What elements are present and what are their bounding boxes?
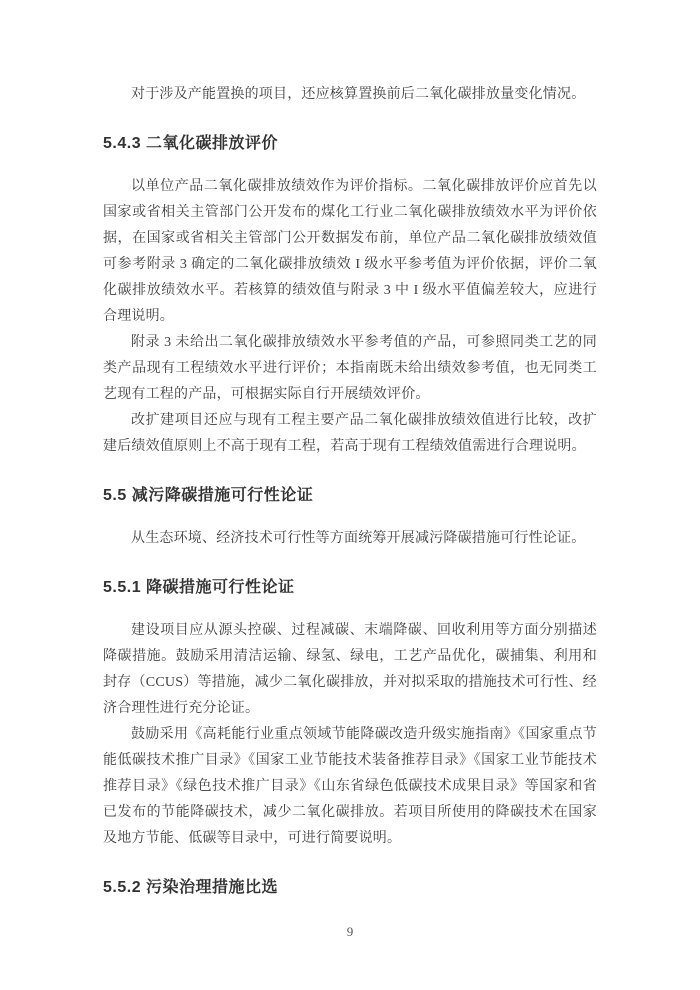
- paragraph-expansion-projects: 改扩建项目还应与现有工程主要产品二氧化碳排放绩效值进行比较，改扩建后绩效值原则上…: [103, 408, 597, 460]
- heading-5-5-2: 5.5.2 污染治理措施比选: [103, 876, 597, 900]
- heading-5-5: 5.5 减污降碳措施可行性论证: [103, 484, 597, 508]
- paragraph-encouraged-catalogues: 鼓励采用《高耗能行业重点领域节能降碳改造升级实施指南》《国家重点节能低碳技术推广…: [103, 722, 597, 852]
- paragraph-capacity-replacement: 对于涉及产能置换的项目，还应核算置换前后二氧化碳排放量变化情况。: [103, 82, 597, 108]
- page-number: 9: [0, 925, 700, 938]
- heading-5-4-3: 5.4.3 二氧化碳排放评价: [103, 132, 597, 156]
- paragraph-performance-indicator: 以单位产品二氧化碳排放绩效作为评价指标。二氧化碳排放评价应首先以国家或省相关主管…: [103, 174, 597, 330]
- paragraph-appendix3-products: 附录 3 未给出二氧化碳排放绩效水平参考值的产品，可参照同类工艺的同类产品现有工…: [103, 330, 597, 408]
- paragraph-feasibility-overview: 从生态环境、经济技术可行性等方面统筹开展减污降碳措施可行性论证。: [103, 526, 597, 552]
- paragraph-carbon-reduction-measures: 建设项目应从源头控碳、过程减碳、末端降碳、回收利用等方面分别描述降碳措施。鼓励采…: [103, 618, 597, 722]
- document-page: 对于涉及产能置换的项目，还应核算置换前后二氧化碳排放量变化情况。 5.4.3 二…: [0, 0, 700, 990]
- heading-5-5-1: 5.5.1 降碳措施可行性论证: [103, 576, 597, 600]
